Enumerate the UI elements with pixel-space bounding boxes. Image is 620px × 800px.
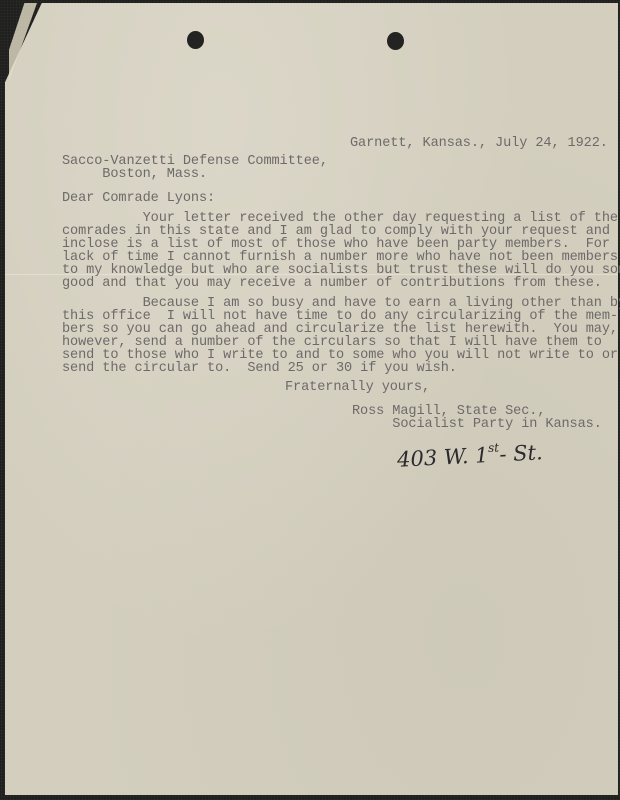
closing: Fraternally yours,	[285, 381, 430, 394]
letter-page	[5, 3, 618, 795]
body-line: send the circular to. Send 25 or 30 if y…	[62, 362, 457, 375]
body-line: good and that you may receive a number o…	[62, 277, 602, 290]
signature-line-2: Socialist Party in Kansas.	[352, 418, 602, 431]
handwritten-address-main: 403 W. 1	[397, 443, 490, 472]
punch-hole-right	[387, 32, 404, 50]
dateline: Garnett, Kansas., July 24, 1922.	[350, 137, 608, 150]
punch-hole-left	[187, 31, 204, 49]
recipient-line-2: Boston, Mass.	[62, 168, 207, 181]
salutation: Dear Comrade Lyons:	[62, 192, 215, 205]
handwritten-address-tail: - St.	[499, 440, 543, 466]
